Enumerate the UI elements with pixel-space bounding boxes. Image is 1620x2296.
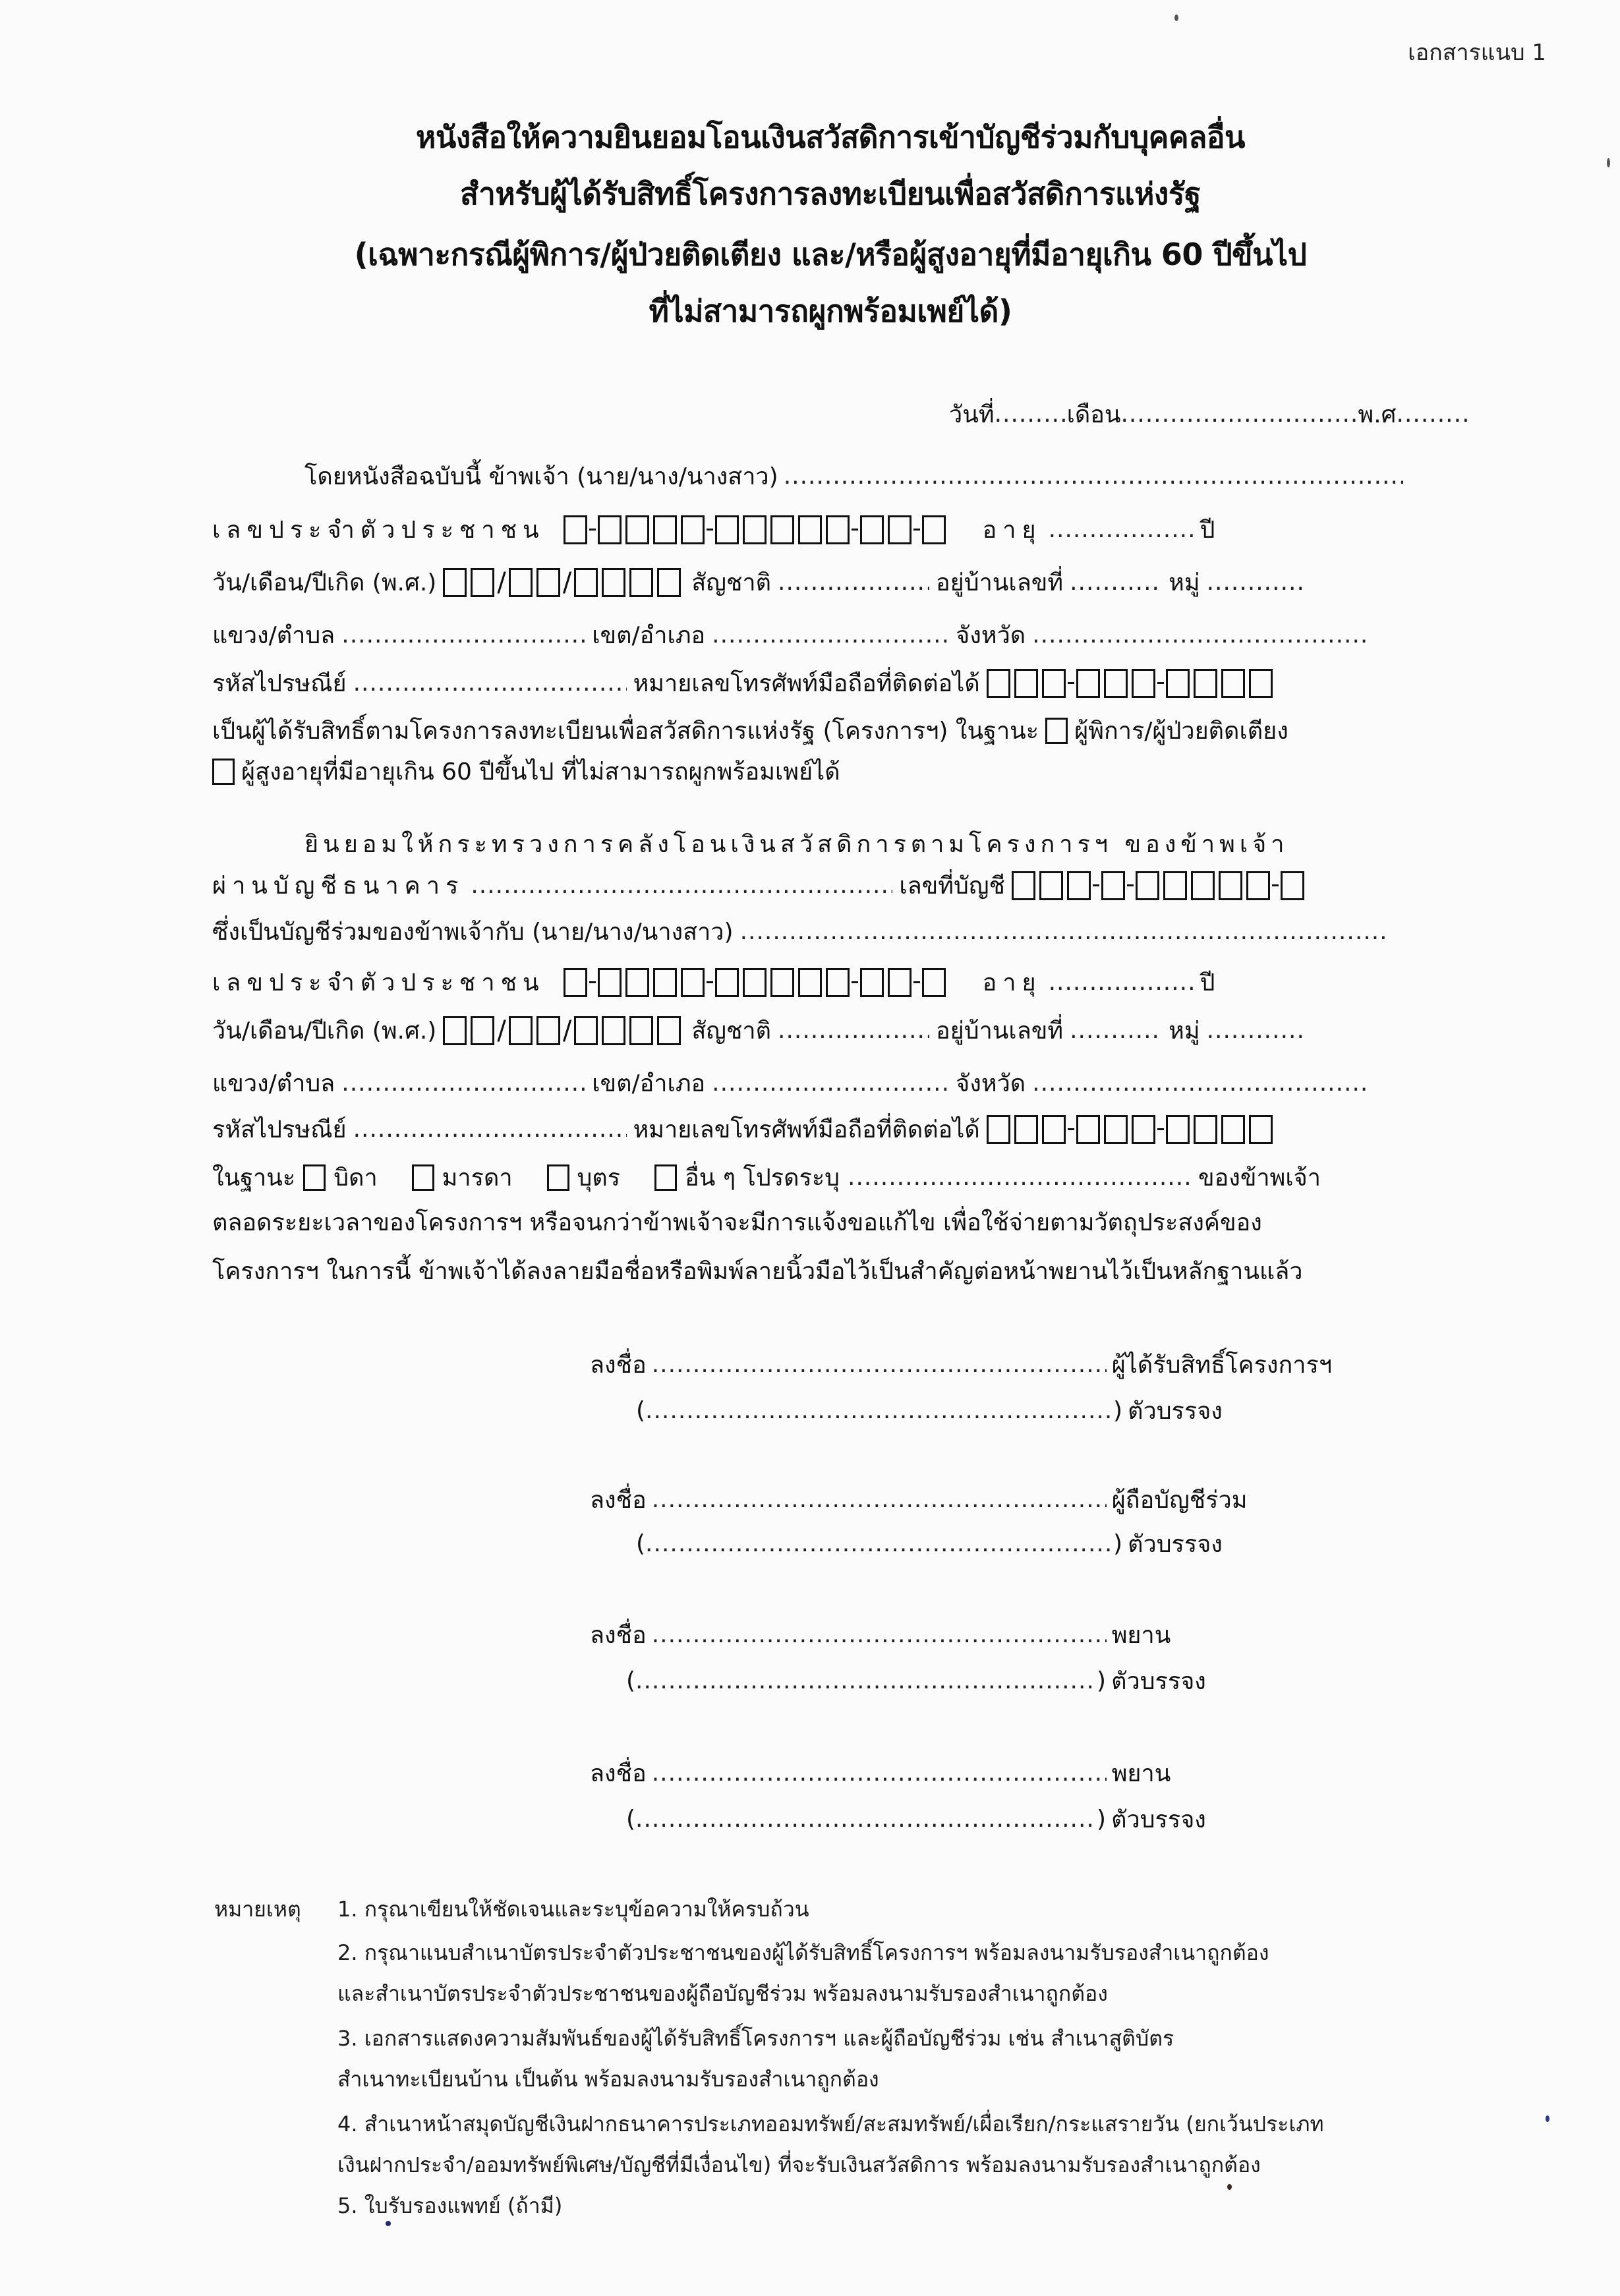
digit-box[interactable] [625, 515, 649, 544]
signature-line: ลงชื่อ..................................… [590, 1481, 1247, 1518]
print-suffix: ตัวบรรจง [1128, 1525, 1223, 1563]
relation-child-checkbox[interactable] [547, 1164, 569, 1191]
digit-box[interactable] [715, 968, 739, 997]
close-paren: ) [1113, 1397, 1122, 1424]
status-elderly-label: ผู้สูงอายุที่มีอายุเกิน 60 ปีขึ้นไป ที่ไ… [241, 753, 840, 790]
digit-box[interactable] [987, 1115, 1010, 1144]
grantor-nationality-label: สัญชาติ [691, 563, 771, 601]
month-field[interactable]: ........................................… [1120, 401, 1358, 428]
digit-box[interactable] [1104, 1115, 1128, 1144]
joint-moo-field[interactable]: ........................................… [1207, 1017, 1306, 1044]
notes-heading: หมายเหตุ [214, 1893, 301, 1926]
status-disabled-label: ผู้พิการ/ผู้ป่วยติดเตียง [1074, 712, 1288, 749]
digit-box[interactable] [1166, 669, 1190, 698]
digit-box[interactable] [443, 568, 467, 597]
dash-separator [1272, 884, 1279, 886]
grantor-id-boxes[interactable] [564, 515, 950, 544]
joint-moo-label: หมู่ [1169, 1012, 1200, 1049]
joint-dob-label: วัน/เดือน/ปีเกิด (พ.ศ.) [212, 1012, 436, 1049]
digit-box[interactable] [471, 1016, 494, 1045]
sign-label: ลงชื่อ [590, 1616, 647, 1653]
account-number-boxes[interactable] [1012, 871, 1308, 900]
grantor-dob-boxes[interactable]: // [443, 567, 685, 598]
grantor-house-label: อยู่บ้านเลขที่ [936, 563, 1063, 601]
digit-box[interactable] [860, 968, 884, 997]
digit-box[interactable] [1076, 669, 1100, 698]
grantor-status-intro: เป็นผู้ได้รับสิทธิ์ตามโครงการลงทะเบียนเพ… [212, 712, 1039, 749]
sign-label: ลงชื่อ [590, 1754, 647, 1792]
dash-separator [589, 981, 596, 983]
scan-speck [1174, 14, 1178, 21]
grantor-age-label: อายุ [983, 511, 1042, 548]
scan-speck [1607, 158, 1610, 167]
open-paren: ( [636, 1397, 645, 1424]
grantor-phone-boxes[interactable] [987, 669, 1277, 698]
grantor-phone-label: หมายเลขโทรศัพท์มือถือที่ติดต่อได้ [633, 664, 980, 702]
dash-separator [913, 529, 920, 531]
dash-separator [913, 981, 920, 983]
joint-id-label: เลขประจำตัวประชาชน [212, 963, 545, 1001]
digit-box[interactable] [1221, 1115, 1245, 1144]
digit-box[interactable] [1249, 1115, 1273, 1144]
grantor-age-unit: ปี [1200, 511, 1215, 548]
grantor-province-field[interactable]: ........................................… [1032, 621, 1368, 648]
digit-box[interactable] [598, 968, 622, 997]
note-line: เงินฝากประจำ/ออมทรัพย์พิเศษ/บัญชีที่มีเง… [337, 2148, 1261, 2182]
relation-father-label: บิดา [333, 1159, 377, 1196]
digit-box[interactable] [625, 968, 649, 997]
signature-field[interactable]: ........................................… [652, 1351, 1107, 1378]
grantor-name-field[interactable]: ........................................… [784, 463, 1403, 490]
joint-province-field[interactable]: ........................................… [1032, 1070, 1368, 1097]
close-paren: ) [1097, 1806, 1106, 1833]
slash-separator: / [563, 567, 571, 598]
joint-address-row: แขวง/ตำบล ..............................… [212, 1064, 1368, 1102]
digit-box[interactable] [681, 968, 705, 997]
month-label: เดือน [1067, 395, 1121, 433]
digit-box[interactable] [888, 968, 911, 997]
consent-text: ยินยอมให้กระทรวงการคลังโอนเงินสวัสดิการต… [304, 825, 1288, 863]
grantor-name-row: โดยหนังสือฉบับนี้ ข้าพเจ้า (นาย/นาง/นางส… [304, 457, 1403, 495]
joint-nationality-field[interactable]: ........................................… [778, 1017, 929, 1044]
digit-box[interactable] [509, 568, 533, 597]
digit-box[interactable] [1039, 871, 1063, 900]
note-line: 2. กรุณาแนบสำเนาบัตรประจำตัวประชาชนของผู… [337, 1936, 1269, 1970]
joint-age-label: อายุ [983, 963, 1042, 1001]
year-label: พ.ศ [1358, 395, 1396, 433]
grantor-province-label: จังหวัด [956, 616, 1026, 654]
close-paren: ) [1097, 1667, 1106, 1694]
digit-box[interactable] [574, 568, 598, 597]
slash-separator: / [563, 1016, 571, 1046]
signature-field[interactable]: ........................................… [652, 1760, 1107, 1787]
attachment-label: เอกสารแนบ 1 [1408, 34, 1546, 70]
dash-separator [1157, 1128, 1164, 1130]
digit-box[interactable] [715, 515, 739, 544]
dash-separator [1093, 884, 1099, 886]
digit-box[interactable] [888, 515, 911, 544]
digit-box[interactable] [1136, 871, 1159, 900]
digit-box[interactable] [536, 1016, 560, 1045]
digit-box[interactable] [1132, 669, 1155, 698]
dash-separator [1157, 682, 1164, 684]
dash-separator [707, 529, 713, 531]
digit-box[interactable] [1076, 1115, 1100, 1144]
printed-name-field[interactable]: ........................................… [645, 1530, 1113, 1557]
grantor-status-row-2: ผู้สูงอายุที่มีอายุเกิน 60 ปีขึ้นไป ที่ไ… [212, 753, 840, 790]
joint-postal-label: รหัสไปรษณีย์ [212, 1110, 347, 1148]
status-elderly-checkbox[interactable] [212, 759, 235, 785]
grantor-moo-field[interactable]: ........................................… [1207, 569, 1306, 596]
dash-separator [1068, 1128, 1074, 1130]
dash-separator [852, 529, 858, 531]
slash-separator: / [497, 1016, 506, 1046]
grantor-moo-label: หมู่ [1169, 563, 1200, 601]
scan-speck [1546, 2115, 1549, 2122]
day-field[interactable]: ............................ [995, 401, 1067, 428]
note-line: 3. เอกสารแสดงความสัมพันธ์ของผู้ได้รับสิท… [337, 2022, 1174, 2055]
printed-name-field[interactable]: ........................................… [635, 1667, 1097, 1694]
digit-box[interactable] [770, 968, 794, 997]
account-number-label: เลขที่บัญชี [899, 867, 1005, 904]
print-suffix: ตัวบรรจง [1111, 1800, 1206, 1838]
digit-box[interactable] [1194, 669, 1217, 698]
digit-box[interactable] [681, 515, 705, 544]
digit-box[interactable] [598, 515, 622, 544]
relation-father-checkbox[interactable] [303, 1164, 326, 1191]
relation-child-label: บุตร [577, 1159, 621, 1196]
joint-house-label: อยู่บ้านเลขที่ [936, 1012, 1063, 1049]
sign-label: ลงชื่อ [590, 1481, 647, 1518]
printed-name-field[interactable]: ........................................… [645, 1397, 1113, 1424]
closing-line-2: โครงการฯ ในการนี้ ข้าพเจ้าได้ลงลายมือชื่… [212, 1252, 1303, 1290]
signature-line: ลงชื่อ..................................… [590, 1754, 1171, 1792]
signature-field[interactable]: ........................................… [652, 1486, 1107, 1513]
signer-role: พยาน [1112, 1616, 1171, 1653]
digit-box[interactable] [1163, 871, 1187, 900]
note-line: 4. สำเนาหน้าสมุดบัญชีเงินฝากธนาคารประเภท… [337, 2108, 1324, 2141]
printed-name-line: (.......................................… [626, 1800, 1206, 1838]
relation-label: ในฐานะ [212, 1159, 295, 1196]
digit-box[interactable] [826, 968, 850, 997]
digit-box[interactable] [443, 1016, 467, 1045]
digit-box[interactable] [471, 568, 494, 597]
digit-box[interactable] [602, 568, 625, 597]
grantor-intro-label: โดยหนังสือฉบับนี้ ข้าพเจ้า (นาย/นาง/นางส… [304, 457, 778, 495]
grantor-address-row: แขวง/ตำบล ..............................… [212, 616, 1368, 654]
title-line-3: (เฉพาะกรณีผู้พิการ/ผู้ป่วยติดเตียง และ/ห… [0, 231, 1620, 279]
title-line-1: หนังสือให้ความยินยอมโอนเงินสวัสดิการเข้า… [0, 113, 1620, 161]
relation-other-checkbox[interactable] [654, 1164, 677, 1191]
grantor-postal-field[interactable]: ........................................… [353, 670, 627, 697]
grantor-id-row: เลขประจำตัวประชาชน อายุ ................… [212, 511, 1215, 548]
digit-box[interactable] [1221, 669, 1245, 698]
digit-box[interactable] [657, 568, 681, 597]
joint-age-field[interactable]: ........................................… [1049, 969, 1194, 996]
digit-box[interactable] [574, 1016, 598, 1045]
digit-box[interactable] [1104, 669, 1128, 698]
digit-box[interactable] [653, 968, 677, 997]
close-paren: ) [1113, 1530, 1122, 1557]
joint-subdistrict-field[interactable]: ........................................… [341, 1070, 585, 1097]
digit-box[interactable] [1166, 1115, 1190, 1144]
title-line-4: ที่ไม่สามารถผูกพร้อมเพย์ได้) [0, 287, 1620, 335]
grantor-postal-label: รหัสไปรษณีย์ [212, 664, 347, 702]
print-suffix: ตัวบรรจง [1111, 1662, 1206, 1700]
digit-box[interactable] [1014, 1115, 1038, 1144]
joint-nationality-label: สัญชาติ [691, 1012, 771, 1049]
joint-name-row: ซึ่งเป็นบัญชีร่วมของข้าพเจ้ากับ (นาย/นาง… [212, 913, 1386, 950]
joint-district-field[interactable]: ........................................… [712, 1070, 949, 1097]
digit-box[interactable] [922, 515, 946, 544]
digit-box[interactable] [1067, 871, 1091, 900]
joint-phone-label: หมายเลขโทรศัพท์มือถือที่ติดต่อได้ [633, 1110, 980, 1148]
digit-box[interactable] [1281, 871, 1304, 900]
joint-subdistrict-label: แขวง/ตำบล [212, 1064, 335, 1102]
joint-dob-row: วัน/เดือน/ปีเกิด (พ.ศ.) // สัญชาติ .....… [212, 1012, 1306, 1049]
dash-separator [589, 529, 596, 531]
digit-box[interactable] [1014, 669, 1038, 698]
date-line: วันที่ ............................ เดือ… [949, 395, 1469, 433]
digit-box[interactable] [564, 968, 587, 997]
signature-line: ลงชื่อ..................................… [590, 1616, 1171, 1653]
joint-age-unit: ปี [1200, 963, 1215, 1001]
print-suffix: ตัวบรรจง [1128, 1392, 1223, 1429]
printed-name-field[interactable]: ........................................… [635, 1806, 1097, 1833]
scan-speck [386, 2221, 391, 2226]
open-paren: ( [636, 1530, 645, 1557]
joint-name-field[interactable]: ........................................… [740, 918, 1386, 945]
day-label: วันที่ [949, 395, 995, 433]
digit-box[interactable] [1219, 871, 1242, 900]
joint-province-label: จังหวัด [956, 1064, 1026, 1102]
signature-field[interactable]: ........................................… [652, 1621, 1107, 1648]
digit-box[interactable] [536, 568, 560, 597]
grantor-district-field[interactable]: ........................................… [712, 621, 949, 648]
scan-speck [1227, 2184, 1232, 2190]
grantor-contact-row: รหัสไปรษณีย์ ...........................… [212, 664, 1277, 702]
printed-name-line: (.......................................… [626, 1662, 1206, 1700]
relation-other-field[interactable]: ........................................… [848, 1164, 1190, 1191]
relation-other-label: อื่น ๆ โปรดระบุ [685, 1159, 840, 1196]
relation-suffix: ของข้าพเจ้า [1198, 1159, 1321, 1196]
relation-row: ในฐานะ บิดา มารดา บุตร อื่น ๆ โปรดระบุ .… [212, 1159, 1321, 1196]
grantor-district-label: เขต/อำเภอ [592, 616, 705, 654]
joint-district-label: เขต/อำเภอ [592, 1064, 705, 1102]
bank-label: ผ่านบัญชีธนาคาร [212, 867, 464, 904]
joint-dob-boxes[interactable]: // [443, 1016, 685, 1046]
signer-role: ผู้ได้รับสิทธิ์โครงการฯ [1112, 1346, 1332, 1383]
digit-box[interactable] [657, 1016, 681, 1045]
digit-box[interactable] [1042, 1115, 1066, 1144]
digit-box[interactable] [1191, 871, 1215, 900]
signer-role: พยาน [1112, 1754, 1171, 1792]
note-line: 5. ใบรับรองแพทย์ (ถ้ามี) [337, 2189, 562, 2223]
digit-box[interactable] [798, 968, 822, 997]
note-line: 1. กรุณาเขียนให้ชัดเจนและระบุข้อความให้ค… [337, 1893, 809, 1926]
closing-line-1: ตลอดระยะเวลาของโครงการฯ หรือจนกว่าข้าพเจ… [212, 1203, 1262, 1241]
signer-role: ผู้ถือบัญชีร่วม [1112, 1481, 1248, 1518]
open-paren: ( [626, 1667, 635, 1694]
bank-row: ผ่านบัญชีธนาคาร ........................… [212, 867, 1308, 904]
note-line: และสำเนาบัตรประจำตัวประชาชนของผู้ถือบัญช… [337, 1977, 1108, 2011]
slash-separator: / [497, 567, 506, 598]
digit-box[interactable] [653, 515, 677, 544]
grantor-subdistrict-label: แขวง/ตำบล [212, 616, 335, 654]
digit-box[interactable] [629, 568, 653, 597]
grantor-dob-row: วัน/เดือน/ปีเกิด (พ.ศ.) // สัญชาติ .....… [212, 563, 1306, 601]
grantor-dob-label: วัน/เดือน/ปีเกิด (พ.ศ.) [212, 563, 436, 601]
year-field[interactable]: ............................ [1397, 401, 1469, 428]
digit-box[interactable] [860, 515, 884, 544]
printed-name-line: (.......................................… [636, 1392, 1223, 1429]
digit-box[interactable] [987, 669, 1010, 698]
digit-box[interactable] [1132, 1115, 1155, 1144]
digit-box[interactable] [1194, 1115, 1217, 1144]
grantor-id-label: เลขประจำตัวประชาชน [212, 511, 545, 548]
digit-box[interactable] [826, 515, 850, 544]
bank-name-field[interactable]: ........................................… [471, 872, 892, 899]
status-disabled-checkbox[interactable] [1045, 718, 1068, 744]
digit-box[interactable] [1101, 871, 1125, 900]
digit-box[interactable] [1246, 871, 1270, 900]
joint-phone-boxes[interactable] [987, 1115, 1277, 1144]
digit-box[interactable] [602, 1016, 625, 1045]
digit-box[interactable] [509, 1016, 533, 1045]
dash-separator [707, 981, 713, 983]
open-paren: ( [626, 1806, 635, 1833]
digit-box[interactable] [922, 968, 946, 997]
joint-id-boxes[interactable] [564, 968, 950, 997]
digit-box[interactable] [798, 515, 822, 544]
grantor-age-field[interactable]: ........................................… [1049, 516, 1194, 543]
joint-postal-field[interactable]: ........................................… [353, 1116, 627, 1143]
digit-box[interactable] [743, 968, 767, 997]
dash-separator [852, 981, 858, 983]
digit-box[interactable] [629, 1016, 653, 1045]
grantor-status-row-1: เป็นผู้ได้รับสิทธิ์ตามโครงการลงทะเบียนเพ… [212, 712, 1288, 749]
joint-id-row: เลขประจำตัวประชาชน อายุ ................… [212, 963, 1215, 1001]
grantor-house-field[interactable]: ........................................ [1070, 569, 1162, 596]
title-line-2: สำหรับผู้ได้รับสิทธิ์โครงการลงทะเบียนเพื… [0, 170, 1620, 218]
grantor-nationality-field[interactable]: ........................................… [778, 569, 929, 596]
joint-name-label: ซึ่งเป็นบัญชีร่วมของข้าพเจ้ากับ (นาย/นาง… [212, 913, 734, 950]
digit-box[interactable] [743, 515, 767, 544]
printed-name-line: (.......................................… [636, 1525, 1223, 1563]
relation-mother-label: มารดา [442, 1159, 513, 1196]
dash-separator [1068, 682, 1074, 684]
digit-box[interactable] [1042, 669, 1066, 698]
digit-box[interactable] [1249, 669, 1273, 698]
grantor-subdistrict-field[interactable]: ........................................… [341, 621, 585, 648]
sign-label: ลงชื่อ [590, 1346, 647, 1383]
signature-line: ลงชื่อ..................................… [590, 1346, 1332, 1383]
joint-house-field[interactable]: ........................................ [1070, 1017, 1162, 1044]
note-line: สำเนาทะเบียนบ้าน เป็นต้น พร้อมลงนามรับรอ… [337, 2063, 879, 2096]
digit-box[interactable] [770, 515, 794, 544]
dash-separator [1127, 884, 1134, 886]
joint-contact-row: รหัสไปรษณีย์ ...........................… [212, 1110, 1277, 1148]
digit-box[interactable] [1012, 871, 1035, 900]
relation-mother-checkbox[interactable] [412, 1164, 434, 1191]
digit-box[interactable] [564, 515, 587, 544]
